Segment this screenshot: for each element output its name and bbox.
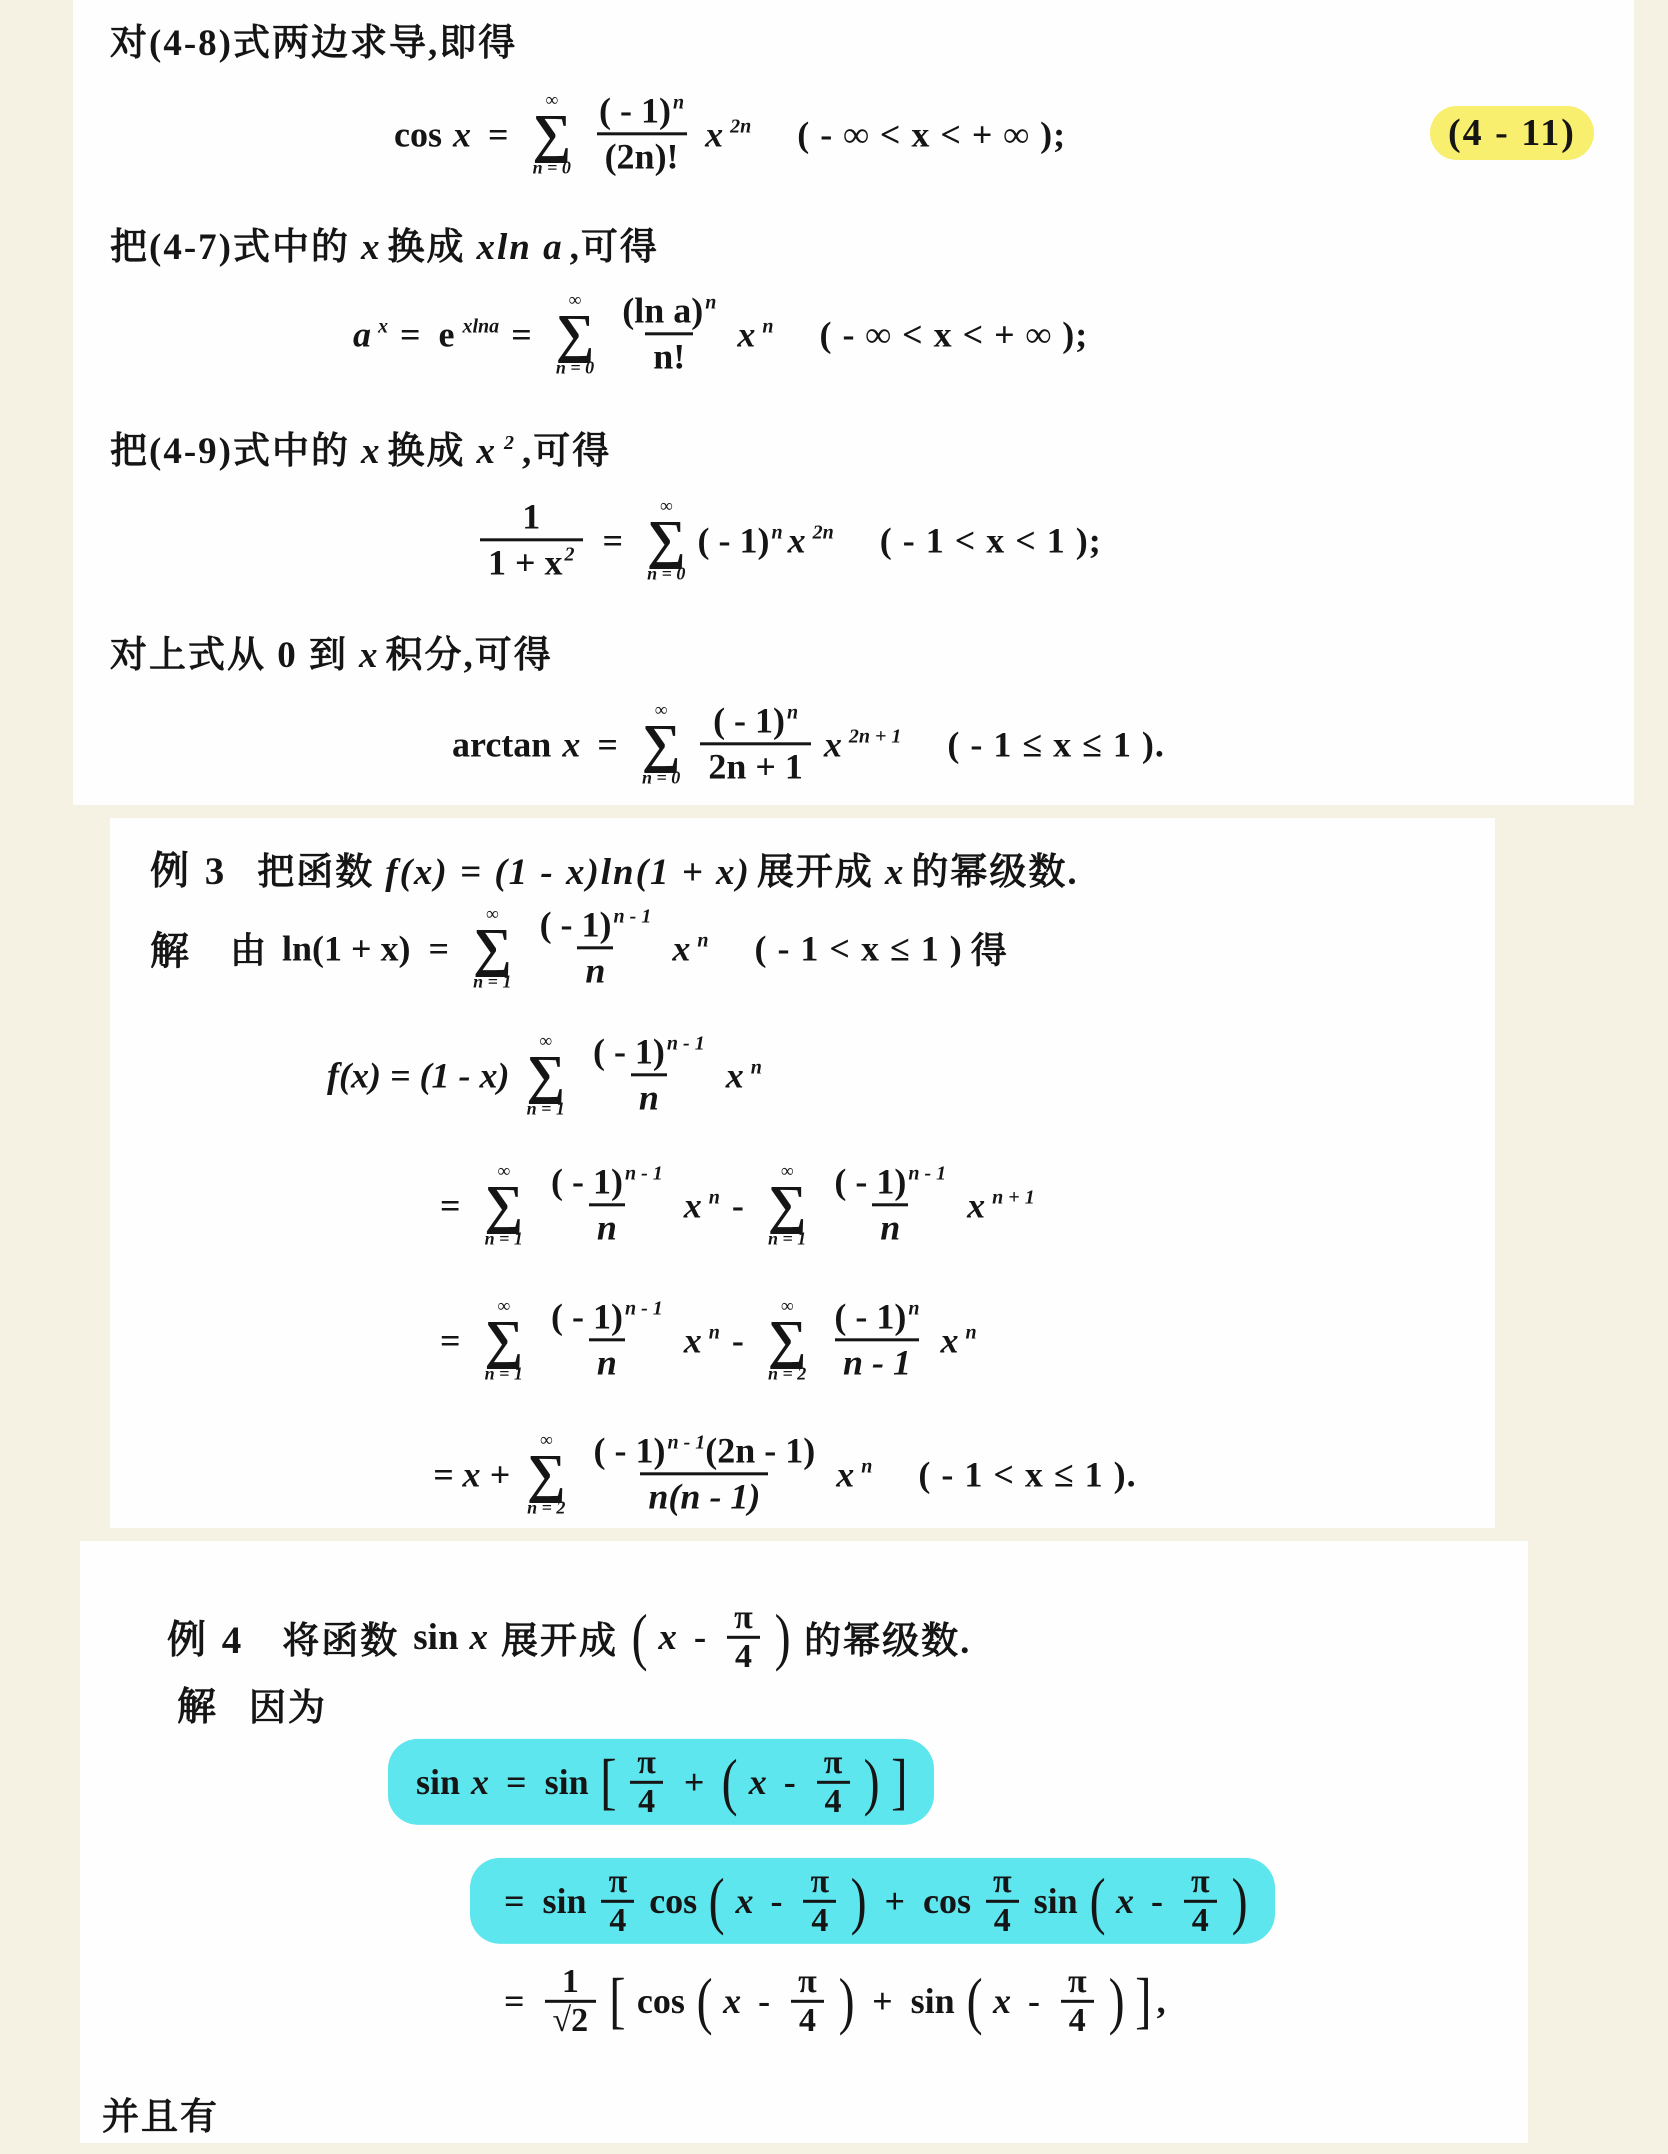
- minus-sign: -: [758, 1980, 770, 2022]
- fraction-numerator: 1: [514, 495, 548, 538]
- math-function: sin: [911, 1980, 955, 2022]
- right-bracket: ]: [1135, 1970, 1152, 2032]
- math-function: cos: [649, 1880, 697, 1922]
- exponent: 2: [504, 432, 516, 454]
- summation: ∞ ∑ n = 1: [526, 1031, 565, 1119]
- sum-lower-limit: n = 0: [533, 158, 571, 178]
- fraction-numerator: π: [790, 1964, 825, 2000]
- fraction-numerator: ( - 1): [551, 1161, 623, 1201]
- exponent: n - 1: [625, 1297, 663, 1319]
- title-text: 把函数: [257, 841, 374, 895]
- power-term: xn: [679, 1184, 720, 1226]
- exponent: n: [697, 929, 708, 951]
- example4-step2: = sin π 4 cos ( x - π 4 ) + cos π 4 sin …: [470, 1858, 1275, 1944]
- math-variable: x: [359, 634, 380, 677]
- fraction: ( - 1)n - 1 n: [543, 1160, 671, 1249]
- convergence-interval: ( - 1 < x ≤ 1 ): [754, 927, 962, 969]
- fraction-numerator: ( - 1): [599, 90, 671, 130]
- fraction-numerator: π: [803, 1864, 838, 1900]
- paragraph-text: ,可得: [522, 420, 611, 474]
- exponent: 2: [565, 544, 575, 566]
- right-paren: ): [1108, 1969, 1124, 2033]
- fraction-denominator: 4: [1061, 2000, 1094, 2039]
- exponent: n - 1: [908, 1162, 946, 1184]
- fraction: π 4: [803, 1864, 838, 1938]
- exponent: n: [709, 1186, 720, 1208]
- fraction-denominator: n: [577, 947, 613, 993]
- left-paren: (: [632, 1605, 648, 1669]
- sigma-symbol: ∑: [533, 110, 572, 159]
- exponent: n: [908, 1297, 919, 1319]
- math-variable: x: [471, 1761, 489, 1803]
- math-expression: f(x) = (1 - x)ln(1 + x): [385, 851, 751, 894]
- convergence-interval: ( - ∞ < x < + ∞ );: [797, 113, 1066, 155]
- convergence-interval: ( - 1 < x ≤ 1 ).: [918, 1453, 1136, 1495]
- fraction: π 4: [985, 1864, 1020, 1938]
- fraction-numerator: ( - 1): [594, 1430, 666, 1470]
- math-function: sin: [413, 1616, 458, 1659]
- math-variable: x: [453, 113, 471, 155]
- example-label: 例 4: [167, 1609, 244, 1665]
- fraction-denominator: 4: [791, 2000, 824, 2039]
- paragraph-substitute-xlna: 把(4-7)式中的 x 换成 xln a ,可得: [110, 216, 665, 270]
- sigma-symbol: ∑: [526, 1051, 565, 1100]
- exponent: x: [378, 315, 388, 337]
- left-bracket: [: [600, 1751, 617, 1813]
- equals-sign: =: [511, 313, 532, 355]
- sum-lower-limit: n = 2: [527, 1498, 565, 1518]
- right-paren: ): [851, 1869, 867, 1933]
- plus-sign: +: [684, 1761, 705, 1803]
- power-term: x2n: [783, 519, 834, 561]
- left-bracket: [: [609, 1970, 626, 2032]
- minus-sign: -: [784, 1761, 796, 1803]
- example3-result: = x + ∞ ∑ n = 2 ( - 1)n - 1(2n - 1) n(n …: [428, 1429, 1137, 1518]
- math-function: sin: [416, 1761, 460, 1803]
- math-function: arctan: [452, 723, 551, 765]
- math-variable: x: [1116, 1880, 1134, 1922]
- cyan-highlight: sin x = sin [ π 4 + ( x - π 4 ) ]: [388, 1739, 934, 1825]
- paragraph-substitute-x-squared: 把(4-9)式中的 x 换成 x2 ,可得: [110, 420, 617, 474]
- title-text: 展开成: [757, 841, 874, 895]
- math-expression: ln(1 + x): [282, 927, 411, 969]
- fraction-denominator: n!: [645, 333, 693, 379]
- equals-sign: =: [504, 1980, 525, 2022]
- equals-sign: =: [506, 1761, 527, 1803]
- paragraph-text: 并且有: [102, 2086, 219, 2140]
- fraction: π 4: [726, 1600, 761, 1674]
- fraction: π 4: [1183, 1864, 1218, 1938]
- fraction-numerator: π: [601, 1864, 636, 1900]
- math-function: sin: [543, 1880, 587, 1922]
- fraction-numerator: 1: [554, 1964, 587, 2000]
- formula-arctan-series: arctan x = ∞ ∑ n = 0 ( - 1)n 2n + 1 x2n …: [446, 699, 1165, 788]
- fraction: π 4: [790, 1964, 825, 2038]
- paragraph-text: 对(4-8)式两边求导,即得: [110, 12, 517, 66]
- paragraph-derivative-intro: 对(4-8)式两边求导,即得: [110, 12, 523, 66]
- math-variable: x: [361, 430, 382, 473]
- fraction: ( - 1)n - 1 n: [585, 1030, 713, 1119]
- title-text: 的幂级数.: [804, 1610, 971, 1664]
- fraction: ( - 1)n - 1(2n - 1) n(n - 1): [586, 1429, 824, 1518]
- fraction-denominator: 4: [630, 1781, 663, 1820]
- convergence-interval: ( - 1 < x < 1 );: [880, 519, 1102, 561]
- sum-lower-limit: n = 1: [485, 1229, 523, 1249]
- fraction-denominator: 4: [727, 1636, 760, 1675]
- fraction-numerator: π: [726, 1600, 761, 1636]
- math-function: sin: [545, 1761, 589, 1803]
- summation: ∞ ∑ n = 2: [768, 1296, 807, 1384]
- math-variable: x: [723, 1980, 741, 2022]
- exponent: n: [861, 1455, 872, 1477]
- example3-step2: = ∞ ∑ n = 1 ( - 1)n - 1 n xn - ∞ ∑ n = 1…: [428, 1160, 1035, 1249]
- title-text: 将函数: [282, 1610, 399, 1664]
- equals-sign: =: [440, 1319, 461, 1361]
- exponent: n: [772, 521, 783, 543]
- math-function: cos: [637, 1980, 685, 2022]
- fraction: ( - 1)n (2n)!: [591, 89, 692, 178]
- example3-step1: f(x) = (1 - x) ∞ ∑ n = 1 ( - 1)n - 1 n x…: [322, 1030, 762, 1119]
- power-term: xn: [667, 927, 708, 969]
- sum-lower-limit: n = 1: [527, 1099, 565, 1119]
- right-paren: ): [864, 1750, 880, 1814]
- math-variable: x: [470, 1616, 489, 1659]
- sigma-symbol: ∑: [473, 924, 512, 973]
- equals-sign: =: [429, 927, 450, 969]
- formula-exponential-series: ax = exlna = ∞ ∑ n = 0 (ln a)n n! xn ( -…: [348, 289, 1088, 378]
- sigma-symbol: ∑: [642, 720, 681, 769]
- fraction: ( - 1)n - 1 n: [826, 1160, 954, 1249]
- example4-title: 例 4 将函数 sin x 展开成 ( x - π 4 ) 的幂级数.: [167, 1600, 979, 1674]
- math-variable: x: [562, 723, 580, 765]
- minus-sign: -: [1151, 1880, 1163, 1922]
- math-variable: x: [361, 226, 382, 269]
- math-expression: xln a: [476, 226, 563, 269]
- exponent: 2n + 1: [849, 725, 902, 747]
- textbook-page: 对(4-8)式两边求导,即得 cos x = ∞ ∑ n = 0 ( - 1)n…: [0, 0, 1668, 2154]
- summation: ∞ ∑ n = 1: [768, 1161, 807, 1249]
- sigma-symbol: ∑: [485, 1181, 524, 1230]
- math-variable: x: [993, 1980, 1011, 2022]
- math-variable: x: [736, 1880, 754, 1922]
- example3-step3: = ∞ ∑ n = 1 ( - 1)n - 1 n xn - ∞ ∑ n = 2…: [428, 1295, 977, 1384]
- example4-step1: sin x = sin [ π 4 + ( x - π 4 ) ]: [388, 1739, 934, 1825]
- fraction-numerator: ( - 1): [713, 700, 785, 740]
- exponent: 2n: [730, 115, 751, 137]
- summation: ∞ ∑ n = 0: [647, 496, 686, 584]
- fraction: π 4: [629, 1745, 664, 1819]
- paragraph-text: 对上式从 0 到: [110, 624, 348, 678]
- fraction-denominator: 4: [986, 1900, 1019, 1939]
- power-term: x2n: [700, 113, 751, 155]
- title-text: 的幂级数.: [911, 841, 1078, 895]
- sigma-symbol: ∑: [647, 516, 686, 565]
- equals-sign: =: [440, 1184, 461, 1226]
- power-term: xn: [679, 1319, 720, 1361]
- right-paren: ): [774, 1605, 790, 1669]
- minus-sign: -: [732, 1184, 744, 1226]
- math-variable: x: [658, 1616, 677, 1659]
- minus-sign: -: [732, 1319, 744, 1361]
- fraction-denominator: 4: [817, 1781, 850, 1820]
- fraction-numerator: π: [985, 1864, 1020, 1900]
- summation: ∞ ∑ n = 0: [533, 90, 572, 178]
- power-term: xn: [721, 1054, 762, 1096]
- power-term: x2: [471, 430, 516, 473]
- sum-lower-limit: n = 0: [642, 768, 680, 788]
- example3-title: 例 3 把函数 f(x) = (1 - x)ln(1 + x) 展开成 x 的幂…: [150, 840, 1085, 896]
- equation-number-highlight: (4 - 11): [1430, 106, 1594, 160]
- paragraph-text: 积分,可得: [386, 624, 553, 678]
- math-function: cos: [394, 113, 442, 155]
- minus-sign: -: [771, 1880, 783, 1922]
- summation: ∞ ∑ n = 1: [485, 1296, 524, 1384]
- fraction: ( - 1)n n - 1: [826, 1295, 927, 1384]
- plus-sign: +: [884, 1880, 905, 1922]
- power-term: ax: [348, 313, 388, 355]
- fraction: ( - 1)n 2n + 1: [700, 699, 811, 788]
- math-function: cos: [923, 1880, 971, 1922]
- minus-sign: -: [694, 1616, 706, 1659]
- fraction: 1 √2: [545, 1964, 597, 2038]
- example4-step3: = 1 √2 [ cos ( x - π 4 ) + sin ( x - π 4…: [492, 1964, 1166, 2038]
- paragraph-text: 换成: [387, 216, 465, 270]
- fraction-denominator: 2n + 1: [700, 743, 811, 789]
- solution-text: 因为: [249, 1677, 327, 1731]
- sigma-symbol: ∑: [768, 1316, 807, 1365]
- sum-lower-limit: n = 0: [556, 358, 594, 378]
- exponent: n: [751, 1056, 762, 1078]
- fraction-numerator: ( - 1): [834, 1296, 906, 1336]
- sum-lower-limit: n = 1: [485, 1364, 523, 1384]
- convergence-interval: ( - ∞ < x < + ∞ );: [819, 313, 1088, 355]
- fraction-denominator: 1 + x: [488, 543, 563, 583]
- paragraph-text: 把(4-7)式中的: [110, 216, 350, 270]
- exponent: n - 1: [625, 1162, 663, 1184]
- fraction: 1 1 + x2: [480, 495, 583, 584]
- equals-sign: =: [504, 1880, 525, 1922]
- convergence-interval: ( - 1 ≤ x ≤ 1 ).: [947, 723, 1164, 765]
- exponent: n: [762, 315, 773, 337]
- sum-lower-limit: n = 2: [768, 1364, 806, 1384]
- sum-lower-limit: n = 1: [768, 1229, 806, 1249]
- exponent: n: [709, 1321, 720, 1343]
- paragraph-text: 换成: [387, 420, 465, 474]
- formula-cos-series: cos x = ∞ ∑ n = 0 ( - 1)n (2n)! x2n ( - …: [388, 89, 1066, 178]
- summation: ∞ ∑ n = 1: [485, 1161, 524, 1249]
- summation: ∞ ∑ n = 1: [473, 904, 512, 992]
- solution-text: 得: [971, 923, 1009, 974]
- exponent: n - 1: [668, 1431, 706, 1453]
- paragraph-integrate: 对上式从 0 到 x 积分,可得: [110, 624, 559, 678]
- formula-geometric-series: 1 1 + x2 = ∞ ∑ n = 0 ( - 1)n x2n ( - 1 <…: [472, 495, 1102, 584]
- power-term: ( - 1)n: [698, 519, 783, 561]
- fraction-denominator: (2n)!: [597, 133, 687, 179]
- sigma-symbol: ∑: [527, 1450, 566, 1499]
- paragraph-text: 把(4-9)式中的: [110, 420, 350, 474]
- fraction: π 4: [601, 1864, 636, 1938]
- fraction-numerator: ( - 1): [593, 1031, 665, 1071]
- left-paren: (: [697, 1969, 713, 2033]
- fraction: ( - 1)n - 1 n: [543, 1295, 671, 1384]
- exponent: n: [705, 291, 716, 313]
- left-paren: (: [1089, 1869, 1105, 1933]
- sigma-symbol: ∑: [485, 1316, 524, 1365]
- right-paren: ): [838, 1969, 854, 2033]
- math-variable: x: [749, 1761, 767, 1803]
- sigma-symbol: ∑: [768, 1181, 807, 1230]
- equals-sign: =: [400, 313, 421, 355]
- title-text: 展开成: [501, 1610, 618, 1664]
- exponent: n: [787, 701, 798, 723]
- fraction: π 4: [816, 1745, 851, 1819]
- summation: ∞ ∑ n = 2: [527, 1430, 566, 1518]
- fraction-denominator: 4: [803, 1900, 836, 1939]
- right-bracket: ]: [891, 1751, 908, 1813]
- summation: ∞ ∑ n = 0: [642, 700, 681, 788]
- fraction: ( - 1)n - 1 n: [532, 903, 660, 992]
- fraction-denominator: n: [872, 1204, 908, 1250]
- closing-text: 并且有: [102, 2086, 225, 2140]
- fraction-numerator: (2n - 1): [705, 1430, 815, 1470]
- equals-sign: =: [597, 723, 618, 765]
- fraction-numerator: π: [1183, 1864, 1218, 1900]
- left-paren: (: [709, 1869, 725, 1933]
- fraction-denominator: √2: [545, 2000, 597, 2039]
- cyan-highlight: = sin π 4 cos ( x - π 4 ) + cos π 4 sin …: [470, 1858, 1275, 1944]
- math-variable: x: [885, 851, 906, 894]
- fraction-numerator: π: [1060, 1964, 1095, 2000]
- exponent: n: [966, 1321, 977, 1343]
- example3-solution-line: 解 由 ln(1 + x) = ∞ ∑ n = 1 ( - 1)n - 1 n …: [150, 903, 1017, 992]
- fraction-denominator: n: [631, 1074, 667, 1120]
- plus-sign: +: [872, 1980, 893, 2022]
- power-term: xn: [831, 1453, 872, 1495]
- fraction-denominator: n(n - 1): [640, 1473, 768, 1519]
- solution-text: 由: [230, 923, 268, 974]
- math-expression: f(x) = (1 - x): [327, 1054, 509, 1096]
- fraction: π 4: [1060, 1964, 1095, 2038]
- math-expression: = x +: [433, 1453, 510, 1495]
- summation: ∞ ∑ n = 0: [556, 290, 595, 378]
- solution-label: 解: [177, 1676, 219, 1732]
- fraction-denominator: n: [589, 1339, 625, 1385]
- exponent: n + 1: [992, 1186, 1035, 1208]
- exponent: xlna: [463, 315, 500, 337]
- fraction-denominator: 4: [601, 1900, 634, 1939]
- fraction: (ln a)n n!: [614, 289, 724, 378]
- right-paren: ): [1231, 1869, 1247, 1933]
- left-paren: (: [966, 1969, 982, 2033]
- sum-lower-limit: n = 0: [647, 564, 685, 584]
- left-paren: (: [722, 1750, 738, 1814]
- fraction-numerator: ( - 1): [540, 904, 612, 944]
- power-term: exlna: [433, 313, 500, 355]
- power-term: x2n + 1: [819, 723, 902, 765]
- sigma-symbol: ∑: [556, 310, 595, 359]
- power-term: xn: [732, 313, 773, 355]
- solution-label: 解: [150, 920, 192, 976]
- fraction-denominator: n - 1: [835, 1339, 919, 1385]
- exponent: 2n: [813, 521, 834, 543]
- fraction-denominator: n: [589, 1204, 625, 1250]
- example-label: 例 3: [150, 840, 227, 896]
- exponent: n - 1: [614, 905, 652, 927]
- power-term: xn: [936, 1319, 977, 1361]
- paragraph-text: ,可得: [570, 216, 659, 270]
- example4-solution-label-line: 解 因为: [177, 1676, 333, 1732]
- power-term: xn + 1: [962, 1184, 1035, 1226]
- fraction-denominator: 4: [1184, 1900, 1217, 1939]
- fraction-numerator: ( - 1): [834, 1161, 906, 1201]
- comma: ,: [1157, 1980, 1166, 2022]
- fraction-numerator: ( - 1): [551, 1296, 623, 1336]
- fraction-numerator: π: [629, 1745, 664, 1781]
- exponent: n: [673, 91, 684, 113]
- fraction-numerator: (ln a): [622, 290, 703, 330]
- equals-sign: =: [488, 113, 509, 155]
- equals-sign: =: [603, 519, 624, 561]
- minus-sign: -: [1028, 1980, 1040, 2022]
- fraction-numerator: π: [816, 1745, 851, 1781]
- math-function: sin: [1034, 1880, 1078, 1922]
- exponent: n - 1: [667, 1032, 705, 1054]
- sum-lower-limit: n = 1: [473, 972, 511, 992]
